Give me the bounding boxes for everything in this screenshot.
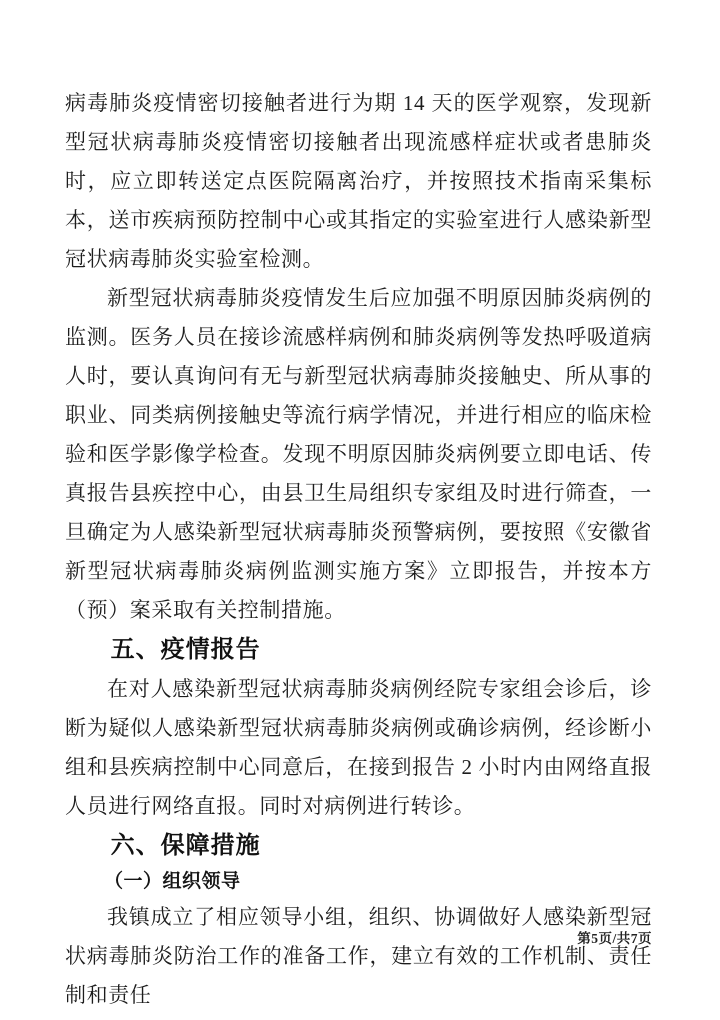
body-paragraph-leadership: 我镇成立了相应领导小组，组织、协调做好人感染新型冠状病毒肺炎防治工作的准备工作，… xyxy=(65,898,652,1015)
section-heading-epidemic-reporting: 五、疫情报告 xyxy=(65,630,652,670)
subsection-heading-organizational-leadership: （一）组织领导 xyxy=(65,866,652,898)
page-number: 第5页/共7页 xyxy=(577,930,652,948)
document-page: 病毒肺炎疫情密切接触者进行为期 14 天的医学观察，发现新型冠状病毒肺炎疫情密切… xyxy=(0,0,720,1020)
body-paragraph-reporting: 在对人感染新型冠状病毒肺炎病例经院专家组会诊后，诊断为疑似人感染新型冠状病毒肺炎… xyxy=(65,670,652,826)
body-paragraph-surveillance: 新型冠状病毒肺炎疫情发生后应加强不明原因肺炎病例的监测。医务人员在接诊流感样病例… xyxy=(65,279,652,630)
section-heading-safeguard-measures: 六、保障措施 xyxy=(65,826,652,866)
body-paragraph-continuation: 病毒肺炎疫情密切接触者进行为期 14 天的医学观察，发现新型冠状病毒肺炎疫情密切… xyxy=(65,84,652,279)
